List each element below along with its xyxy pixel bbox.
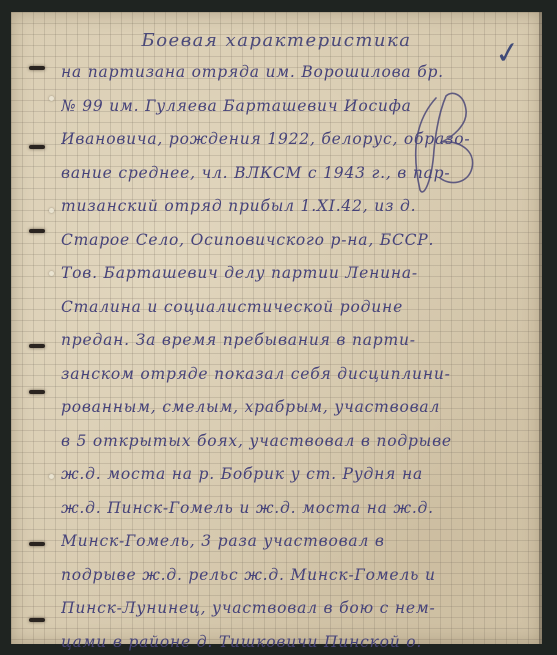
- punch-hole-mark: [29, 390, 45, 394]
- text-line: № 99 им. Гуляева Барташевич Иосифа: [61, 90, 531, 124]
- document-body: на партизана отряда им. Ворошилова бр. №…: [61, 56, 531, 655]
- punch-dot: [49, 96, 54, 101]
- text-line: Ивановича, рождения 1922, белорус, образ…: [61, 123, 531, 157]
- text-line: вание среднее, чл. ВЛКСМ с 1943 г., в па…: [61, 157, 531, 191]
- punch-hole-mark: [29, 542, 45, 546]
- text-line: Тов. Барташевич делу партии Ленина-: [61, 257, 531, 291]
- document-page: Боевая характеристика ✓ на партизана отр…: [11, 12, 542, 644]
- punch-hole-mark: [29, 145, 45, 149]
- text-line: предан. За время пребывания в парти-: [61, 324, 531, 358]
- text-line: в 5 открытых боях, участвовал в подрыве: [61, 425, 531, 459]
- page-edge: [539, 12, 542, 644]
- text-line: ж.д. Пинск-Гомель и ж.д. моста на ж.д.: [61, 492, 531, 526]
- punch-dot: [49, 271, 54, 276]
- punch-hole-mark: [29, 618, 45, 622]
- punch-dot: [49, 474, 54, 479]
- scan-frame: Боевая характеристика ✓ на партизана отр…: [0, 0, 557, 655]
- punch-hole-mark: [29, 66, 45, 70]
- text-line: Сталина и социалистической родине: [61, 291, 531, 325]
- text-line: тизанский отряд прибыл 1.XI.42, из д.: [61, 190, 531, 224]
- text-line: Минск-Гомель, 3 раза участвовал в: [61, 525, 531, 559]
- text-line: цами в районе д. Тишковичи Пинской о.: [61, 626, 531, 655]
- document-title: Боевая характеристика: [11, 30, 542, 51]
- punch-hole-mark: [29, 229, 45, 233]
- punch-hole-mark: [29, 344, 45, 348]
- text-line: ж.д. моста на р. Бобрик у ст. Рудня на: [61, 458, 531, 492]
- text-line: Пинск-Лунинец, участвовал в бою с нем-: [61, 592, 531, 626]
- text-line: рованным, смелым, храбрым, участвовал: [61, 391, 531, 425]
- text-line: Старое Село, Осиповичского р-на, БССР.: [61, 224, 531, 258]
- text-line: подрыве ж.д. рельс ж.д. Минск-Гомель и: [61, 559, 531, 593]
- text-line: занском отряде показал себя дисциплини-: [61, 358, 531, 392]
- text-line: на партизана отряда им. Ворошилова бр.: [61, 56, 531, 90]
- punch-dot: [49, 208, 54, 213]
